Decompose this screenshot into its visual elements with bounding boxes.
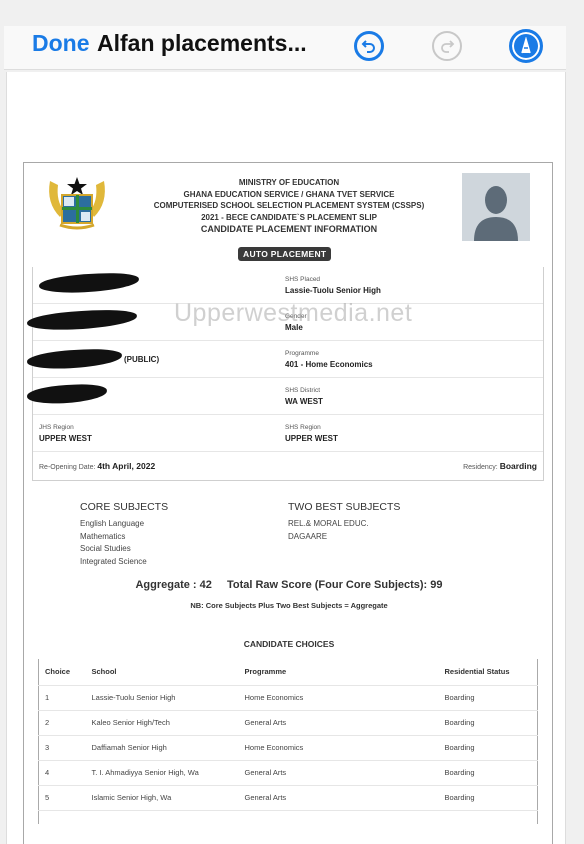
choice-programme: Home Economics — [239, 685, 439, 710]
core-subject-item: Integrated Science — [80, 556, 288, 569]
best-subject-item: REL.& MORAL EDUC. — [288, 518, 508, 531]
raw-score-value: Total Raw Score (Four Core Subjects): 99 — [227, 579, 443, 591]
table-row: 3 Daffiamah Senior High Home Economics B… — [39, 735, 538, 760]
choice-number: 3 — [39, 735, 86, 760]
choice-residential-status: Boarding — [439, 735, 538, 760]
best-subjects-heading: TWO BEST SUBJECTS — [288, 501, 508, 513]
residency-label: Residency: — [463, 464, 498, 471]
gender-label: Gender — [285, 313, 537, 320]
choice-school: Islamic Senior High, Wa — [86, 785, 239, 810]
table-header-row: Choice School Programme Residential Stat… — [39, 659, 538, 685]
table-row: 1 Lassie-Tuolu Senior High Home Economic… — [39, 685, 538, 710]
ministry-title: MINISTRY OF EDUCATION — [114, 177, 464, 189]
reopening-date: 4th April, 2022 — [97, 461, 155, 471]
candidate-choices-table: Choice School Programme Residential Stat… — [38, 659, 538, 824]
choice-number: 4 — [39, 760, 86, 785]
programme-label: Programme — [285, 350, 537, 357]
done-button[interactable]: Done — [32, 30, 90, 57]
core-subject-item: English Language — [80, 518, 288, 531]
choice-residential-status: Boarding — [439, 760, 538, 785]
jhs-region-value: UPPER WEST — [39, 434, 285, 443]
table-row: 4 T. I. Ahmadiyya Senior High, Wa Genera… — [39, 760, 538, 785]
shs-placed-value: Lassie-Tuolu Senior High — [285, 286, 537, 295]
shs-region-label: SHS Region — [285, 424, 537, 431]
choice-school: T. I. Ahmadiyya Senior High, Wa — [86, 760, 239, 785]
core-subjects: CORE SUBJECTS English Language Mathemati… — [80, 501, 288, 568]
slip-title: 2021 - BECE CANDIDATE`S PLACEMENT SLIP — [114, 212, 464, 224]
choice-residential-status: Boarding — [439, 685, 538, 710]
shs-district-value: WA WEST — [285, 397, 537, 406]
table-spacer-row — [39, 810, 538, 824]
choice-residential-status: Boarding — [439, 710, 538, 735]
info-row: Gender Male — [33, 304, 543, 341]
redo-icon[interactable] — [432, 31, 462, 61]
redacted-jhs-district — [27, 382, 108, 404]
jhs-region-label: JHS Region — [39, 424, 285, 431]
aggregate-line: Aggregate : 42 Total Raw Score (Four Cor… — [24, 579, 554, 591]
choice-programme: General Arts — [239, 710, 439, 735]
slip-header: MINISTRY OF EDUCATION GHANA EDUCATION SE… — [114, 177, 464, 236]
choice-school: Lassie-Tuolu Senior High — [86, 685, 239, 710]
placement-slip: MINISTRY OF EDUCATION GHANA EDUCATION SE… — [23, 162, 553, 844]
reopening-row: Re-Opening Date: 4th April, 2022 Residen… — [33, 452, 543, 480]
info-row: SHS District WA WEST — [33, 378, 543, 415]
aggregate-value: Aggregate : 42 — [135, 579, 211, 591]
shs-placed-label: SHS Placed — [285, 276, 537, 283]
best-subjects: TWO BEST SUBJECTS REL.& MORAL EDUC. DAGA… — [288, 501, 508, 568]
column-header-programme: Programme — [239, 659, 439, 685]
section-title: CANDIDATE PLACEMENT INFORMATION — [114, 224, 464, 236]
table-row: 5 Islamic Senior High, Wa General Arts B… — [39, 785, 538, 810]
choice-number: 1 — [39, 685, 86, 710]
redacted-jhs-attended — [27, 348, 123, 371]
best-subject-item: DAGAARE — [288, 531, 508, 544]
choice-residential-status: Boarding — [439, 785, 538, 810]
core-subject-item: Social Studies — [80, 543, 288, 556]
subjects-section: CORE SUBJECTS English Language Mathemati… — [80, 501, 540, 568]
choice-number: 2 — [39, 710, 86, 735]
gender-value: Male — [285, 323, 537, 332]
candidate-photo-placeholder-icon — [462, 173, 530, 241]
choice-programme: General Arts — [239, 760, 439, 785]
shs-district-label: SHS District — [285, 387, 537, 394]
document-title: Alfan placements... — [97, 30, 307, 57]
info-row: (PUBLIC) Programme 401 - Home Economics — [33, 341, 543, 378]
info-row: SHS Placed Lassie-Tuolu Senior High — [33, 267, 543, 304]
undo-icon[interactable] — [354, 31, 384, 61]
choice-programme: Home Economics — [239, 735, 439, 760]
choice-programme: General Arts — [239, 785, 439, 810]
table-row: 2 Kaleo Senior High/Tech General Arts Bo… — [39, 710, 538, 735]
choice-school: Daffiamah Senior High — [86, 735, 239, 760]
redacted-candidate-name — [39, 271, 140, 294]
column-header-choice: Choice — [39, 659, 86, 685]
auto-placement-badge: AUTO PLACEMENT — [238, 247, 331, 261]
system-title: COMPUTERISED SCHOOL SELECTION PLACEMENT … — [114, 200, 464, 212]
reopening-label: Re-Opening Date: — [39, 464, 95, 471]
markup-toolbar: Done Alfan placements... — [4, 26, 566, 70]
residency-value: Boarding — [500, 461, 537, 471]
column-header-school: School — [86, 659, 239, 685]
shs-region-value: UPPER WEST — [285, 434, 537, 443]
choice-school: Kaleo Senior High/Tech — [86, 710, 239, 735]
choice-number: 5 — [39, 785, 86, 810]
ghana-coat-of-arms-icon — [42, 173, 112, 235]
core-subjects-heading: CORE SUBJECTS — [80, 501, 288, 513]
candidate-info-grid: SHS Placed Lassie-Tuolu Senior High Gend… — [32, 267, 544, 481]
service-title: GHANA EDUCATION SERVICE / GHANA TVET SER… — [114, 189, 464, 201]
aggregate-note: NB: Core Subjects Plus Two Best Subjects… — [24, 601, 554, 610]
column-header-residential-status: Residential Status — [439, 659, 538, 685]
core-subject-item: Mathematics — [80, 531, 288, 544]
jhs-attended-value: (PUBLIC) — [124, 355, 159, 364]
choices-heading: CANDIDATE CHOICES — [24, 639, 554, 649]
programme-value: 401 - Home Economics — [285, 360, 537, 369]
redacted-field — [27, 308, 138, 332]
document-page: MINISTRY OF EDUCATION GHANA EDUCATION SE… — [6, 72, 566, 844]
info-row: JHS Region UPPER WEST SHS Region UPPER W… — [33, 415, 543, 452]
markup-pen-icon[interactable] — [509, 29, 543, 63]
